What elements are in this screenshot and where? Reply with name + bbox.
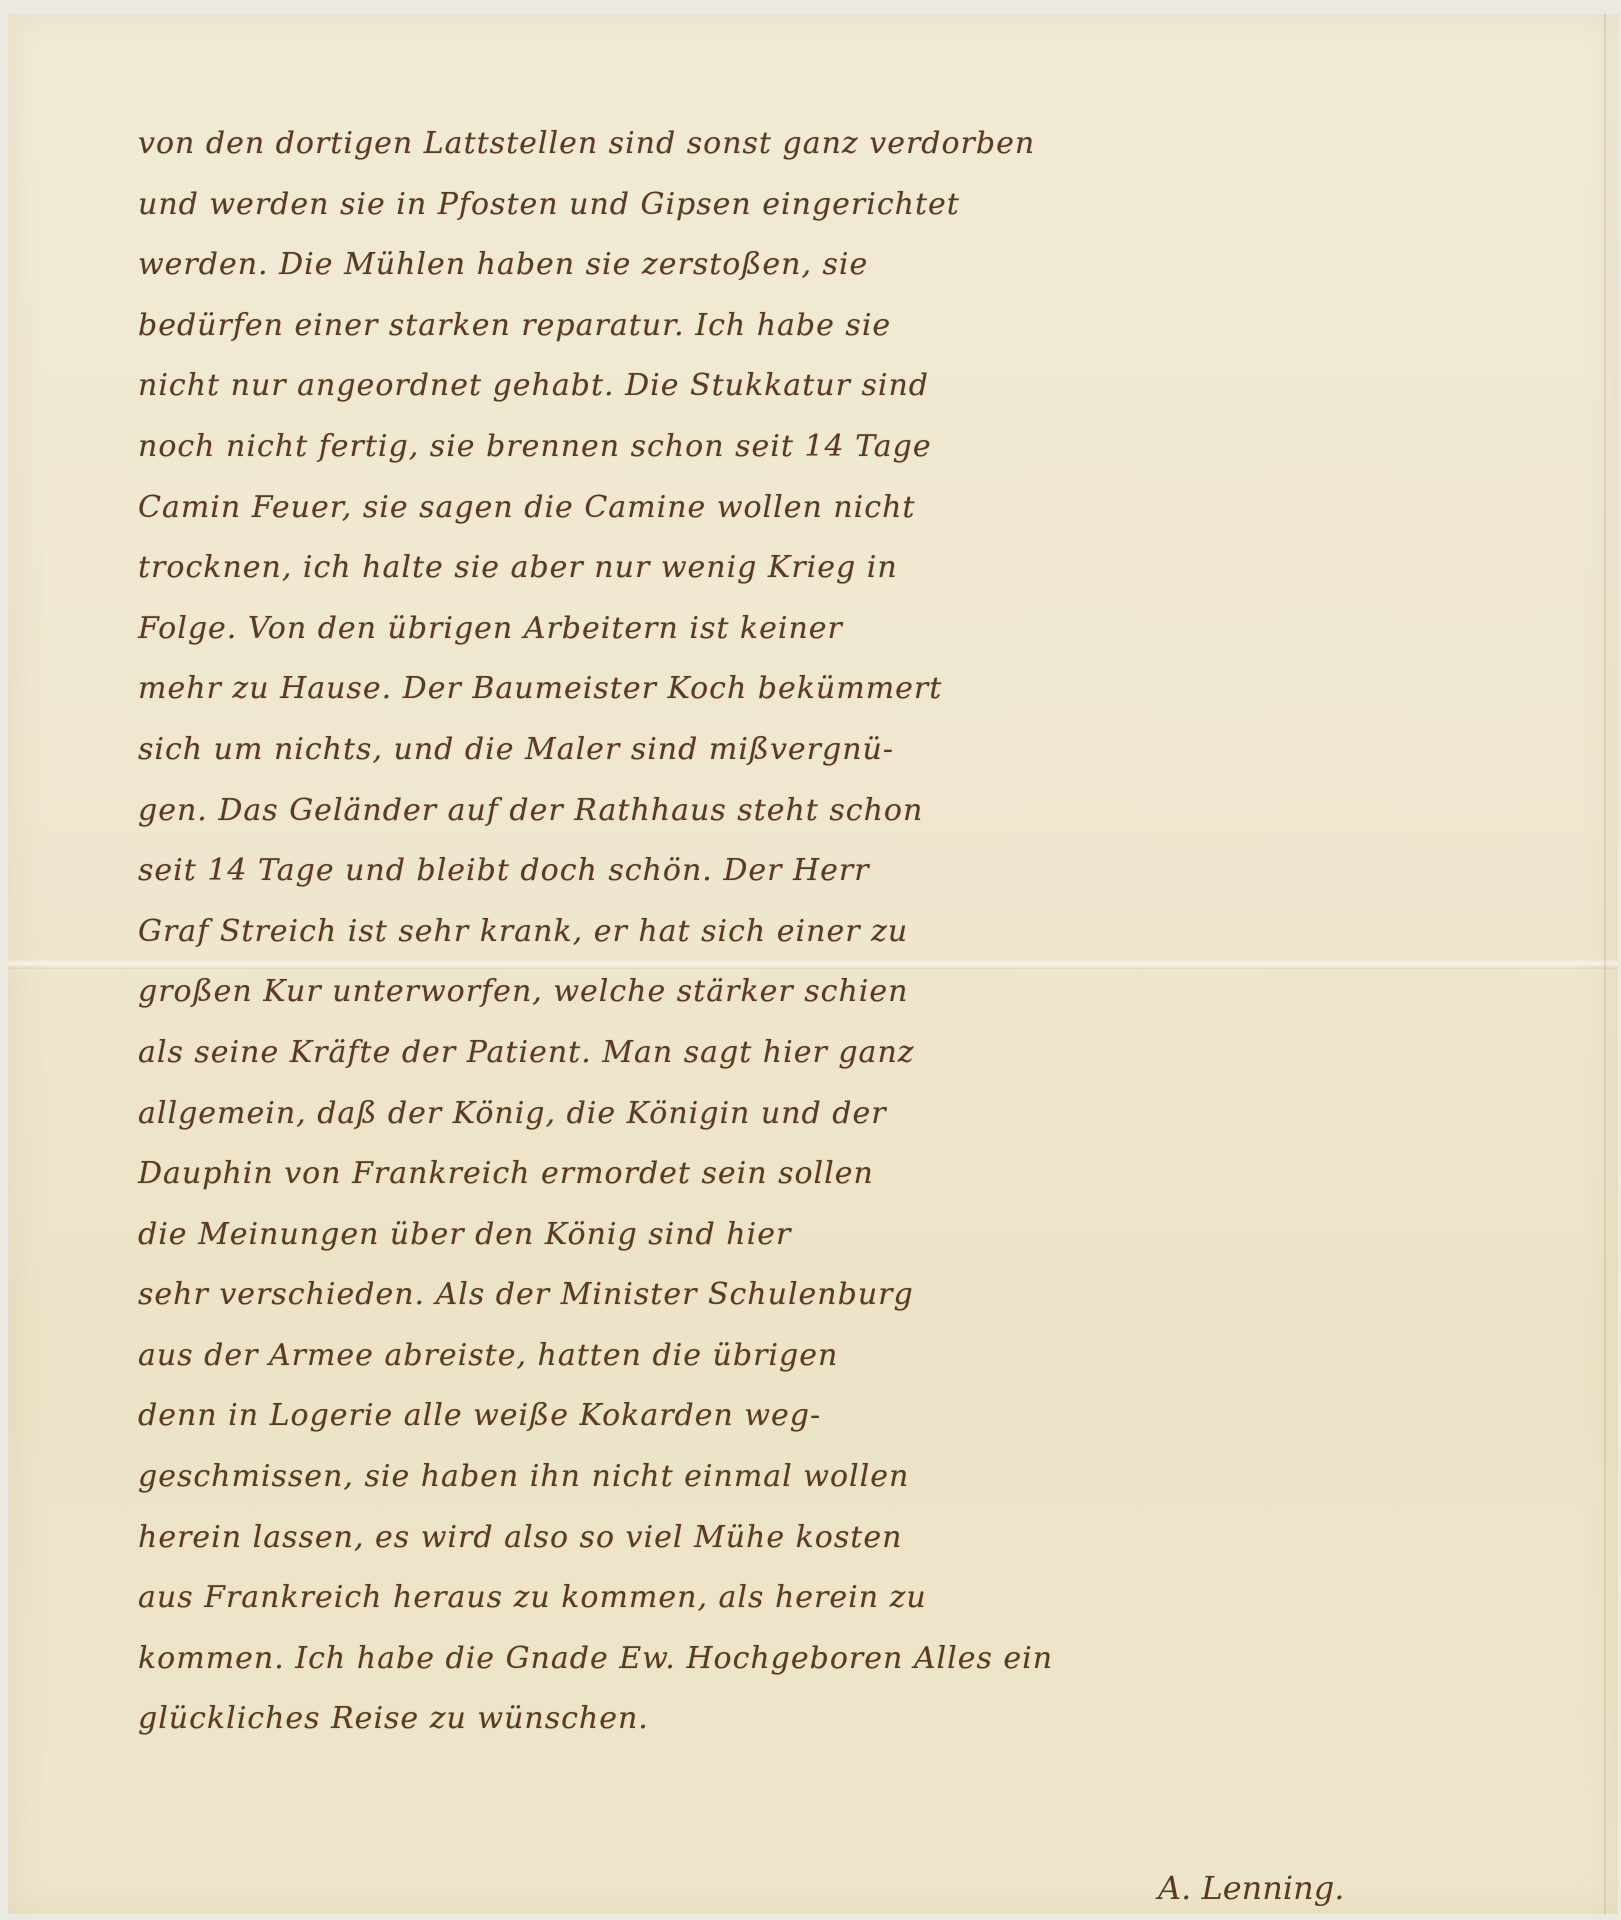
letter-line-13: seit 14 Tage und bleibt doch schön. Der … — [138, 841, 1598, 902]
letter-line-10: mehr zu Hause. Der Baumeister Koch beküm… — [138, 659, 1598, 720]
paper-edge — [1604, 14, 1606, 1914]
letter-line-6: noch nicht fertig, sie brennen schon sei… — [138, 417, 1598, 478]
letter-line-14: Graf Streich ist sehr krank, er hat sich… — [138, 902, 1598, 963]
letter-line-19: die Meinungen über den König sind hier — [138, 1205, 1598, 1266]
letter-line-5: nicht nur angeordnet gehabt. Die Stukkat… — [138, 356, 1598, 417]
letter-line-7: Camin Feuer, sie sagen die Camine wollen… — [138, 478, 1598, 539]
letter-line-11: sich um nichts, und die Maler sind mißve… — [138, 720, 1598, 781]
letter-body: von den dortigen Lattstellen sind sonst … — [138, 114, 1598, 1750]
letter-line-15: großen Kur unterworfen, welche stärker s… — [138, 962, 1598, 1023]
letter-line-12: gen. Das Geländer auf der Rathhaus steht… — [138, 781, 1598, 842]
letter-line-22: denn in Logerie alle weiße Kokarden weg- — [138, 1386, 1598, 1447]
letter-line-16: als seine Kräfte der Patient. Man sagt h… — [138, 1023, 1598, 1084]
letter-line-8: trocknen, ich halte sie aber nur wenig K… — [138, 538, 1598, 599]
signature: A. Lenning. — [1158, 1869, 1344, 1907]
letter-line-4: bedürfen einer starken reparatur. Ich ha… — [138, 296, 1598, 357]
letter-line-20: sehr verschieden. Als der Minister Schul… — [138, 1265, 1598, 1326]
letter-line-18: Dauphin von Frankreich ermordet sein sol… — [138, 1144, 1598, 1205]
letter-line-1: von den dortigen Lattstellen sind sonst … — [138, 114, 1598, 175]
letter-line-26: kommen. Ich habe die Gnade Ew. Hochgebor… — [138, 1629, 1598, 1690]
letter-line-27: glückliches Reise zu wünschen. — [138, 1689, 1598, 1750]
letter-page: von den dortigen Lattstellen sind sonst … — [8, 14, 1618, 1914]
letter-line-24: herein lassen, es wird also so viel Mühe… — [138, 1508, 1598, 1569]
letter-line-2: und werden sie in Pfosten und Gipsen ein… — [138, 175, 1598, 236]
letter-line-23: geschmissen, sie haben ihn nicht einmal … — [138, 1447, 1598, 1508]
letter-line-17: allgemein, daß der König, die Königin un… — [138, 1084, 1598, 1145]
letter-line-25: aus Frankreich heraus zu kommen, als her… — [138, 1568, 1598, 1629]
letter-line-21: aus der Armee abreiste, hatten die übrig… — [138, 1326, 1598, 1387]
letter-line-9: Folge. Von den übrigen Arbeitern ist kei… — [138, 599, 1598, 660]
letter-line-3: werden. Die Mühlen haben sie zerstoßen, … — [138, 235, 1598, 296]
